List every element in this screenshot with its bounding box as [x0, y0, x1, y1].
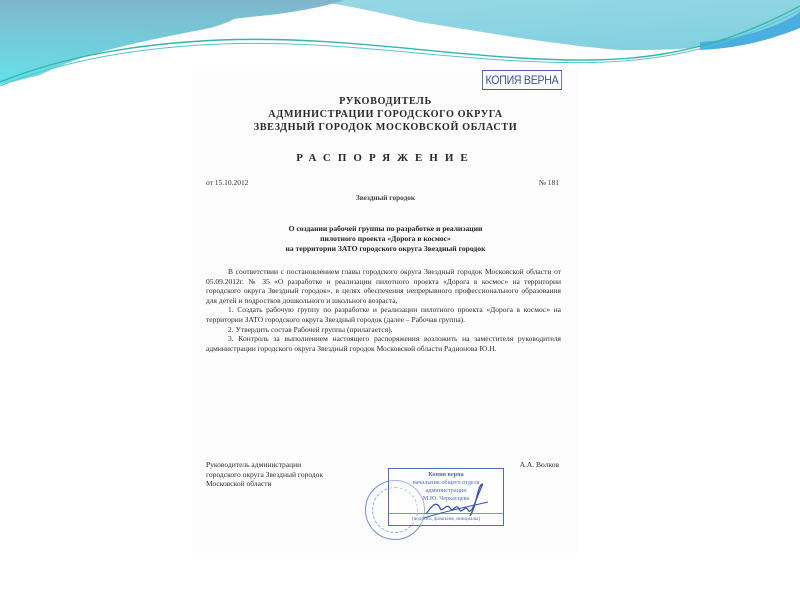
subject-line: пилотного проекта «Дорога в космос»	[192, 234, 579, 244]
organization-header: РУКОВОДИТЕЛЬ АДМИНИСТРАЦИИ ГОРОДСКОГО ОК…	[192, 95, 579, 134]
signer-name: А.А. Волков	[520, 460, 559, 469]
body-paragraph-item-2: 2. Утвердить состав Рабочей группы (прил…	[206, 325, 561, 335]
signature-position-line: Руководитель администрации	[206, 460, 323, 470]
body-paragraph-preamble: В соответствии с постановлением главы го…	[206, 267, 561, 305]
copy-certified-stamp: КОПИЯ ВЕРНА	[482, 70, 562, 90]
org-header-line: АДМИНИСТРАЦИИ ГОРОДСКОГО ОКРУГА	[192, 108, 579, 121]
document-number: № 181	[539, 178, 559, 187]
subject-line: на территории ЗАТО городского округа Зве…	[192, 244, 579, 254]
org-header-line: ЗВЕЗДНЫЙ ГОРОДОК МОСКОВСКОЙ ОБЛАСТИ	[192, 121, 579, 134]
subject-line: О создании рабочей группы по разработке …	[192, 224, 579, 234]
handwritten-signature-icon	[422, 478, 492, 522]
signature-position-line: Московской области	[206, 479, 323, 489]
document-type-title: РАСПОРЯЖЕНИЕ	[192, 152, 579, 164]
scanned-document-page: КОПИЯ ВЕРНА РУКОВОДИТЕЛЬ АДМИНИСТРАЦИИ Г…	[192, 66, 579, 554]
document-body: В соответствии с постановлением главы го…	[206, 267, 561, 353]
signature-position-line: городского округа Звездный городок	[206, 470, 323, 480]
document-subject: О создании рабочей группы по разработке …	[192, 224, 579, 253]
body-paragraph-item-1: 1. Создать рабочую группу по разработке …	[206, 305, 561, 324]
body-paragraph-item-3: 3. Контроль за выполнением настоящего ра…	[206, 334, 561, 353]
document-date: от 15.10.2012	[206, 178, 249, 187]
org-header-line: РУКОВОДИТЕЛЬ	[192, 95, 579, 108]
signature-position-block: Руководитель администрации городского ок…	[206, 460, 323, 489]
document-place: Звездный городок	[192, 193, 579, 202]
presentation-slide: КОПИЯ ВЕРНА РУКОВОДИТЕЛЬ АДМИНИСТРАЦИИ Г…	[0, 0, 800, 600]
